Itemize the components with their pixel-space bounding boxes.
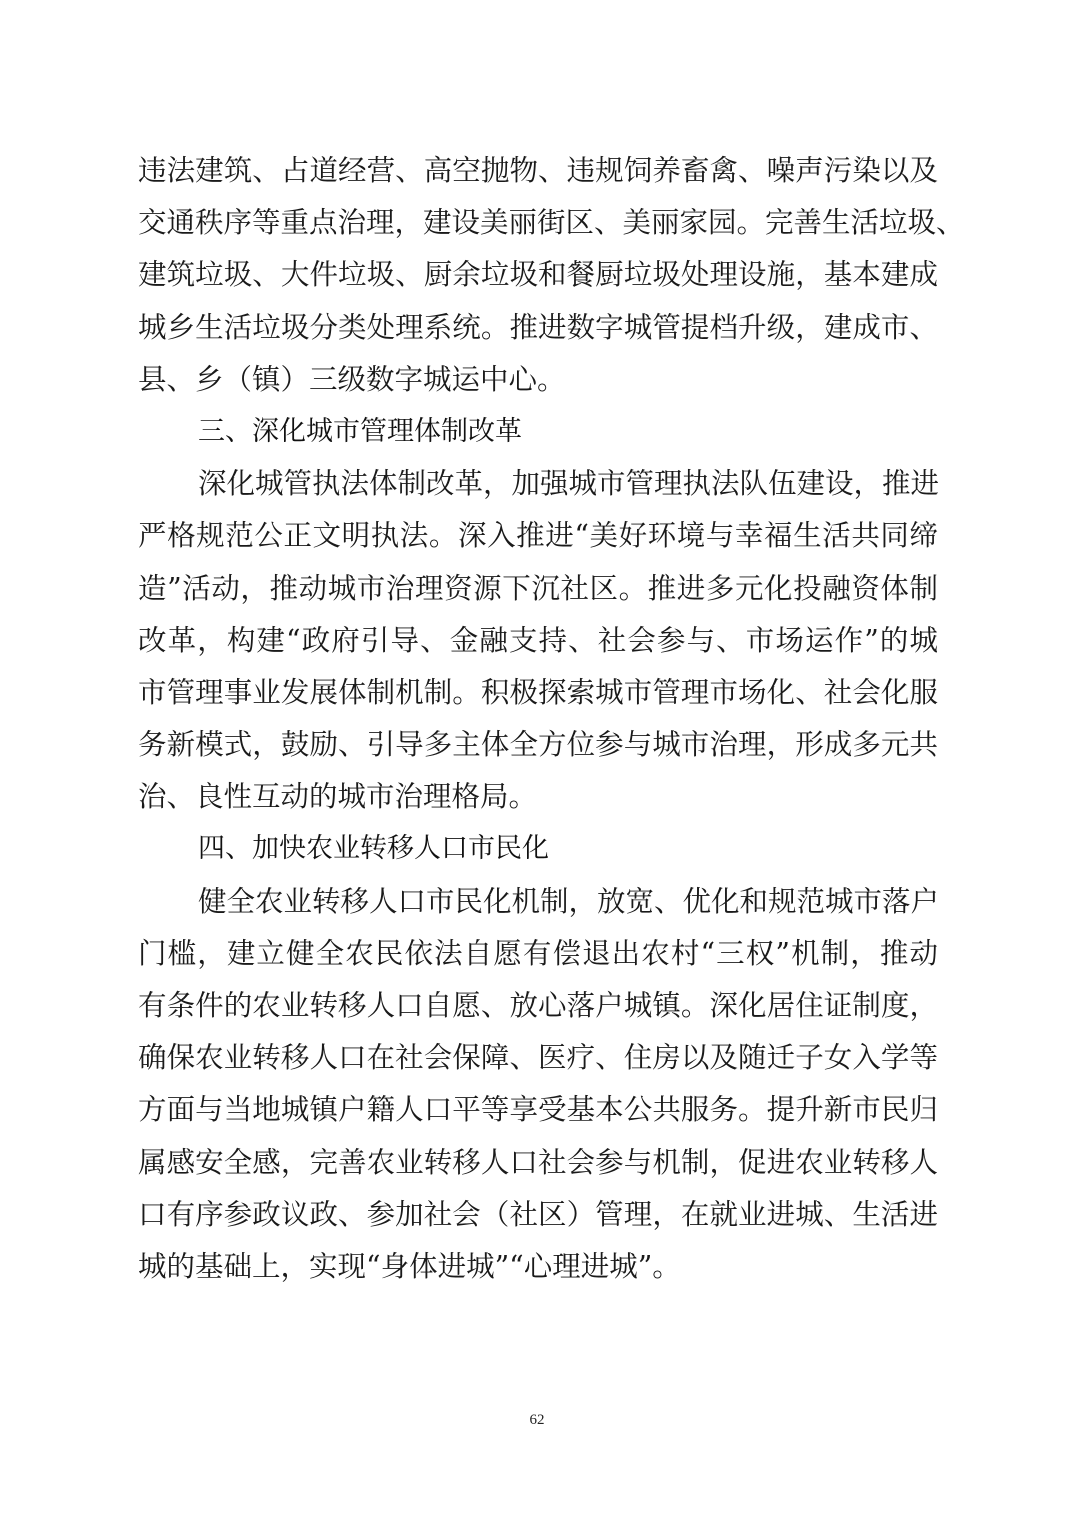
paragraph-continued: 违法建筑、占道经营、高空抛物、违规饲养畜禽、噪声污染以及 交通秩序等重点治理，建… (138, 145, 938, 406)
text-line: 严格规范公正文明执法。深入推进“美好环境与幸福生活共同缔 (138, 510, 938, 562)
text-line: 方面与当地城镇户籍人口平等享受基本公共服务。提升新市民归 (138, 1084, 938, 1136)
text-line: 治、良性互动的城市治理格局。 (138, 771, 938, 823)
section-heading-3: 三、深化城市管理体制改革 (138, 406, 938, 458)
text-line: 城的基础上，实现“身体进城”“心理进城”。 (138, 1241, 938, 1293)
text-line: 建筑垃圾、大件垃圾、厨余垃圾和餐厨垃圾处理设施，基本建成 (138, 249, 938, 301)
paragraph-section-3: 深化城管执法体制改革，加强城市管理执法队伍建设，推进 严格规范公正文明执法。深入… (138, 458, 938, 823)
text-line: 务新模式，鼓励、引导多主体全方位参与城市治理，形成多元共 (138, 719, 938, 771)
page-content: 违法建筑、占道经营、高空抛物、违规饲养畜禽、噪声污染以及 交通秩序等重点治理，建… (138, 145, 938, 1293)
document-page: 违法建筑、占道经营、高空抛物、违规饲养畜禽、噪声污染以及 交通秩序等重点治理，建… (0, 0, 1074, 1520)
paragraph-section-4: 健全农业转移人口市民化机制，放宽、优化和规范城市落户 门槛，建立健全农民依法自愿… (138, 876, 938, 1294)
text-line: 健全农业转移人口市民化机制，放宽、优化和规范城市落户 (138, 876, 938, 928)
text-line: 门槛，建立健全农民依法自愿有偿退出农村“三权”机制，推动 (138, 928, 938, 980)
text-line: 深化城管执法体制改革，加强城市管理执法队伍建设，推进 (138, 458, 938, 510)
text-line: 城乡生活垃圾分类处理系统。推进数字城管提档升级，建成市、 (138, 302, 938, 354)
text-line: 改革，构建“政府引导、金融支持、社会参与、市场运作”的城 (138, 615, 938, 667)
page-number: 62 (0, 1412, 1074, 1429)
text-line: 口有序参政议政、参加社会（社区）管理，在就业进城、生活进 (138, 1189, 938, 1241)
text-line: 属感安全感，完善农业转移人口社会参与机制，促进农业转移人 (138, 1137, 938, 1189)
text-line: 有条件的农业转移人口自愿、放心落户城镇。深化居住证制度， (138, 980, 938, 1032)
section-heading-4: 四、加快农业转移人口市民化 (138, 823, 938, 875)
text-line: 违法建筑、占道经营、高空抛物、违规饲养畜禽、噪声污染以及 (138, 145, 938, 197)
text-line: 县、乡（镇）三级数字城运中心。 (138, 354, 938, 406)
text-line: 确保农业转移人口在社会保障、医疗、住房以及随迁子女入学等 (138, 1032, 938, 1084)
text-line: 市管理事业发展体制机制。积极探索城市管理市场化、社会化服 (138, 667, 938, 719)
text-line: 造”活动，推动城市治理资源下沉社区。推进多元化投融资体制 (138, 563, 938, 615)
text-line: 交通秩序等重点治理，建设美丽街区、美丽家园。完善生活垃圾、 (138, 197, 938, 249)
